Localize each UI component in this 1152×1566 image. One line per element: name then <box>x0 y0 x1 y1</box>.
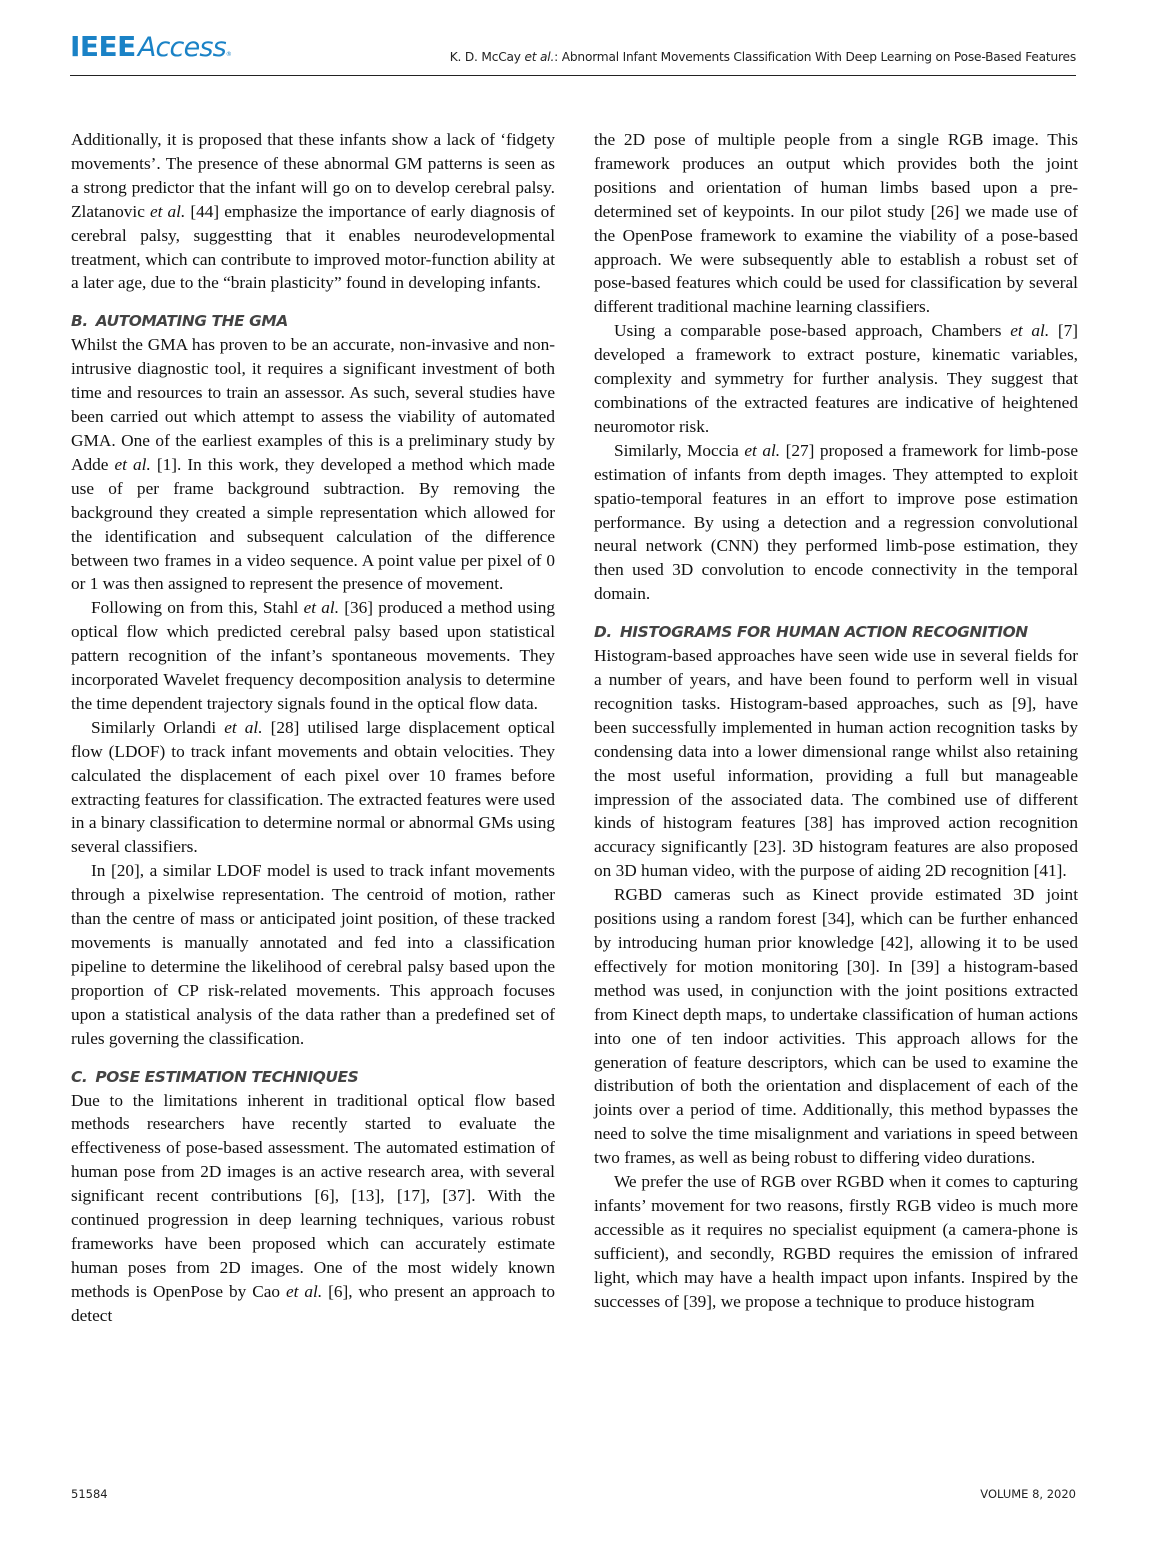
page-number: 51584 <box>71 1487 108 1501</box>
paragraph: Following on from this, Stahl et al. [36… <box>71 596 555 716</box>
section-heading-d: D.HISTOGRAMS FOR HUMAN ACTION RECOGNITIO… <box>594 620 1078 644</box>
journal-logo: IEEEAccess® <box>70 30 232 66</box>
running-head-title: : Abnormal Infant Movements Classificati… <box>554 50 1076 64</box>
paragraph: Whilst the GMA has proven to be an accur… <box>71 333 555 596</box>
right-column: the 2D pose of multiple people from a si… <box>594 128 1078 1314</box>
section-heading-b: B.AUTOMATING THE GMA <box>71 309 555 333</box>
left-column: Additionally, it is proposed that these … <box>71 128 555 1328</box>
volume-info: VOLUME 8, 2020 <box>980 1487 1076 1501</box>
running-head-etal: et al. <box>524 50 554 64</box>
logo-access: Access <box>138 32 226 63</box>
paragraph: Using a comparable pose-based approach, … <box>594 319 1078 439</box>
running-head: K. D. McCay et al.: Abnormal Infant Move… <box>450 50 1076 64</box>
paragraph: Due to the limitations inherent in tradi… <box>71 1089 555 1328</box>
section-heading-c: C.POSE ESTIMATION TECHNIQUES <box>71 1065 555 1089</box>
paragraph: In [20], a similar LDOF model is used to… <box>71 859 555 1050</box>
paragraph: the 2D pose of multiple people from a si… <box>594 128 1078 319</box>
header-rule <box>70 75 1076 76</box>
paragraph: RGBD cameras such as Kinect provide esti… <box>594 883 1078 1170</box>
paragraph: We prefer the use of RGB over RGBD when … <box>594 1170 1078 1313</box>
paragraph: Similarly, Moccia et al. [27] proposed a… <box>594 439 1078 606</box>
logo-ieee: IEEE <box>70 30 136 63</box>
running-head-authors: K. D. McCay <box>450 50 525 64</box>
paragraph: Histogram-based approaches have seen wid… <box>594 644 1078 883</box>
paragraph: Similarly Orlandi et al. [28] utilised l… <box>71 716 555 859</box>
paragraph: Additionally, it is proposed that these … <box>71 128 555 295</box>
logo-registered-mark: ® <box>226 51 232 58</box>
